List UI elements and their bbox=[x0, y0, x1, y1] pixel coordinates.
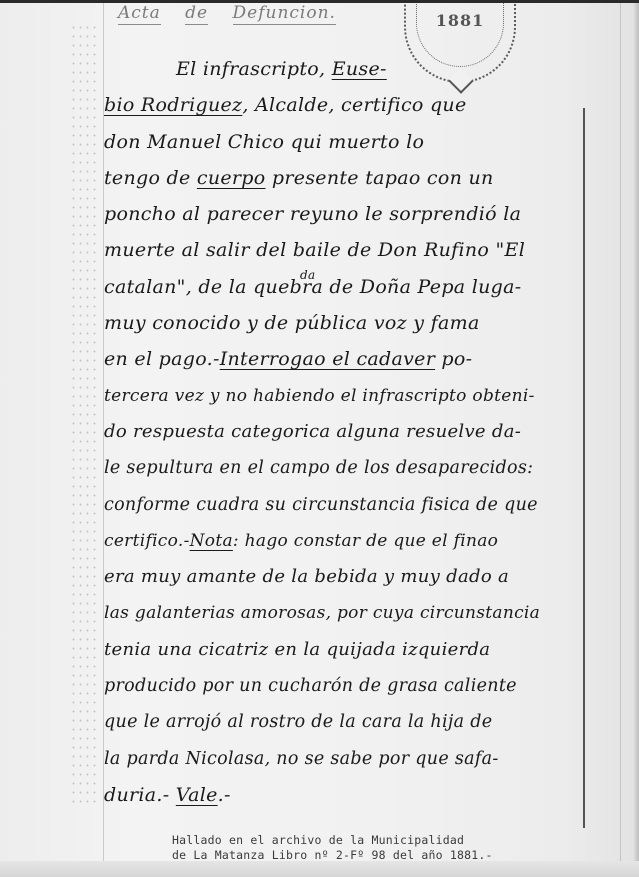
page-bottom-edge bbox=[0, 861, 639, 877]
underlined-text: Vale bbox=[176, 784, 218, 806]
line-text: muy conocido y de pública voz y fama bbox=[104, 312, 480, 334]
text-line: conforme cuadra su circunstancia fisica … bbox=[104, 487, 584, 523]
text-line: bio Rodriguez, Alcalde, certifico que bbox=[104, 87, 584, 123]
line-text: , Alcalde, certifico que bbox=[242, 94, 466, 116]
text-line: poncho al parecer reyuno le sorprendió l… bbox=[104, 196, 584, 232]
scanned-document-page: Acta de Defuncion. 1881 El infrascripto,… bbox=[0, 0, 639, 877]
seal-year: 1881 bbox=[406, 11, 514, 30]
document-heading: Acta de Defuncion. bbox=[118, 3, 354, 25]
line-text: que le arrojó al rostro de la cara la hi… bbox=[104, 712, 492, 732]
line-text: certifico.- bbox=[104, 531, 190, 551]
text-line: la parda Nicolasa, no se sabe por que sa… bbox=[104, 741, 584, 777]
text-line: tengo de cuerpo presente tapao con un bbox=[104, 160, 584, 196]
line-text: don Manuel Chico qui muerto lo bbox=[104, 131, 424, 153]
page-edge-shadow bbox=[633, 3, 639, 877]
line-text: la parda Nicolasa, no se sabe por que sa… bbox=[104, 749, 499, 769]
text-line: era muy amante de la bebida y muy dado a bbox=[104, 559, 584, 595]
text-line: muy conocido y de pública voz y fama bbox=[104, 305, 584, 341]
text-line: tenia una cicatriz en la quijada izquier… bbox=[104, 632, 584, 668]
line-text: do respuesta categorica alguna resuelve … bbox=[104, 421, 521, 442]
text-line: en el pago.-Interrogao el cadaver po- bbox=[104, 341, 584, 377]
line-text: .- bbox=[218, 784, 231, 806]
line-text: tenia una cicatriz en la quijada izquier… bbox=[104, 639, 490, 660]
heading-word: Acta bbox=[118, 3, 161, 25]
underlined-text: Interrogao el cadaver bbox=[220, 348, 435, 370]
line-text: po- bbox=[435, 348, 472, 370]
line-text: producido por un cucharón de grasa calie… bbox=[104, 676, 517, 696]
line-text: le sepultura en el campo de los desapare… bbox=[104, 458, 533, 478]
text-line: las galanterias amorosas, por cuya circu… bbox=[104, 595, 584, 631]
text-line: certifico.-Nota: hago constar de que el … bbox=[104, 523, 584, 559]
underlined-text: Nota bbox=[190, 531, 233, 551]
line-text: era muy amante de la bebida y muy dado a bbox=[104, 566, 509, 587]
line-text: tengo de bbox=[104, 167, 197, 189]
line-text: poncho al parecer reyuno le sorprendió l… bbox=[104, 203, 521, 225]
underlined-text: cuerpo bbox=[197, 167, 266, 189]
typed-archive-note: Hallado en el archivo de la Municipalida… bbox=[172, 833, 493, 863]
text-line: que le arrojó al rostro de la cara la hi… bbox=[104, 704, 584, 740]
text-line: don Manuel Chico qui muerto lo bbox=[104, 124, 584, 160]
handwritten-body: El infrascripto, Euse- bio Rodriguez, Al… bbox=[104, 51, 584, 813]
text-line: le sepultura en el campo de los desapare… bbox=[104, 450, 584, 486]
line-text: El infrascripto, bbox=[176, 58, 332, 80]
superscript-insertion: da bbox=[300, 257, 315, 293]
text-line: do respuesta categorica alguna resuelve … bbox=[104, 414, 584, 450]
heading-word: de bbox=[185, 3, 208, 25]
line-text: : hago constar de que el finao bbox=[233, 531, 498, 551]
line-text: en el pago.- bbox=[104, 348, 220, 370]
text-line: tercera vez y no habiendo el infrascript… bbox=[104, 378, 584, 414]
text-line: El infrascripto, Euse- bbox=[104, 51, 584, 87]
text-line: muerte al salir del baile de Don Rufino … bbox=[104, 232, 584, 268]
text-line: dacatalan", de la quebra de Doña Pepa lu… bbox=[104, 269, 584, 305]
underlined-text: Euse- bbox=[332, 58, 387, 80]
archive-note-line: Hallado en el archivo de la Municipalida… bbox=[172, 833, 493, 848]
line-text: conforme cuadra su circunstancia fisica … bbox=[104, 495, 538, 515]
scan-noise bbox=[70, 23, 100, 803]
line-text: tercera vez y no habiendo el infrascript… bbox=[104, 386, 535, 406]
archive-note-line: de La Matanza Libro nº 2-Fº 98 del año 1… bbox=[172, 848, 493, 863]
line-text: duria.- bbox=[104, 784, 176, 806]
text-line: producido por un cucharón de grasa calie… bbox=[104, 668, 584, 704]
underlined-text: bio Rodriguez bbox=[104, 94, 242, 116]
fold-line bbox=[620, 3, 621, 877]
text-line: duria.- Vale.- bbox=[104, 777, 584, 813]
line-text: presente tapao con un bbox=[266, 167, 494, 189]
line-text: las galanterias amorosas, por cuya circu… bbox=[104, 603, 540, 623]
heading-word: Defuncion. bbox=[233, 3, 336, 25]
